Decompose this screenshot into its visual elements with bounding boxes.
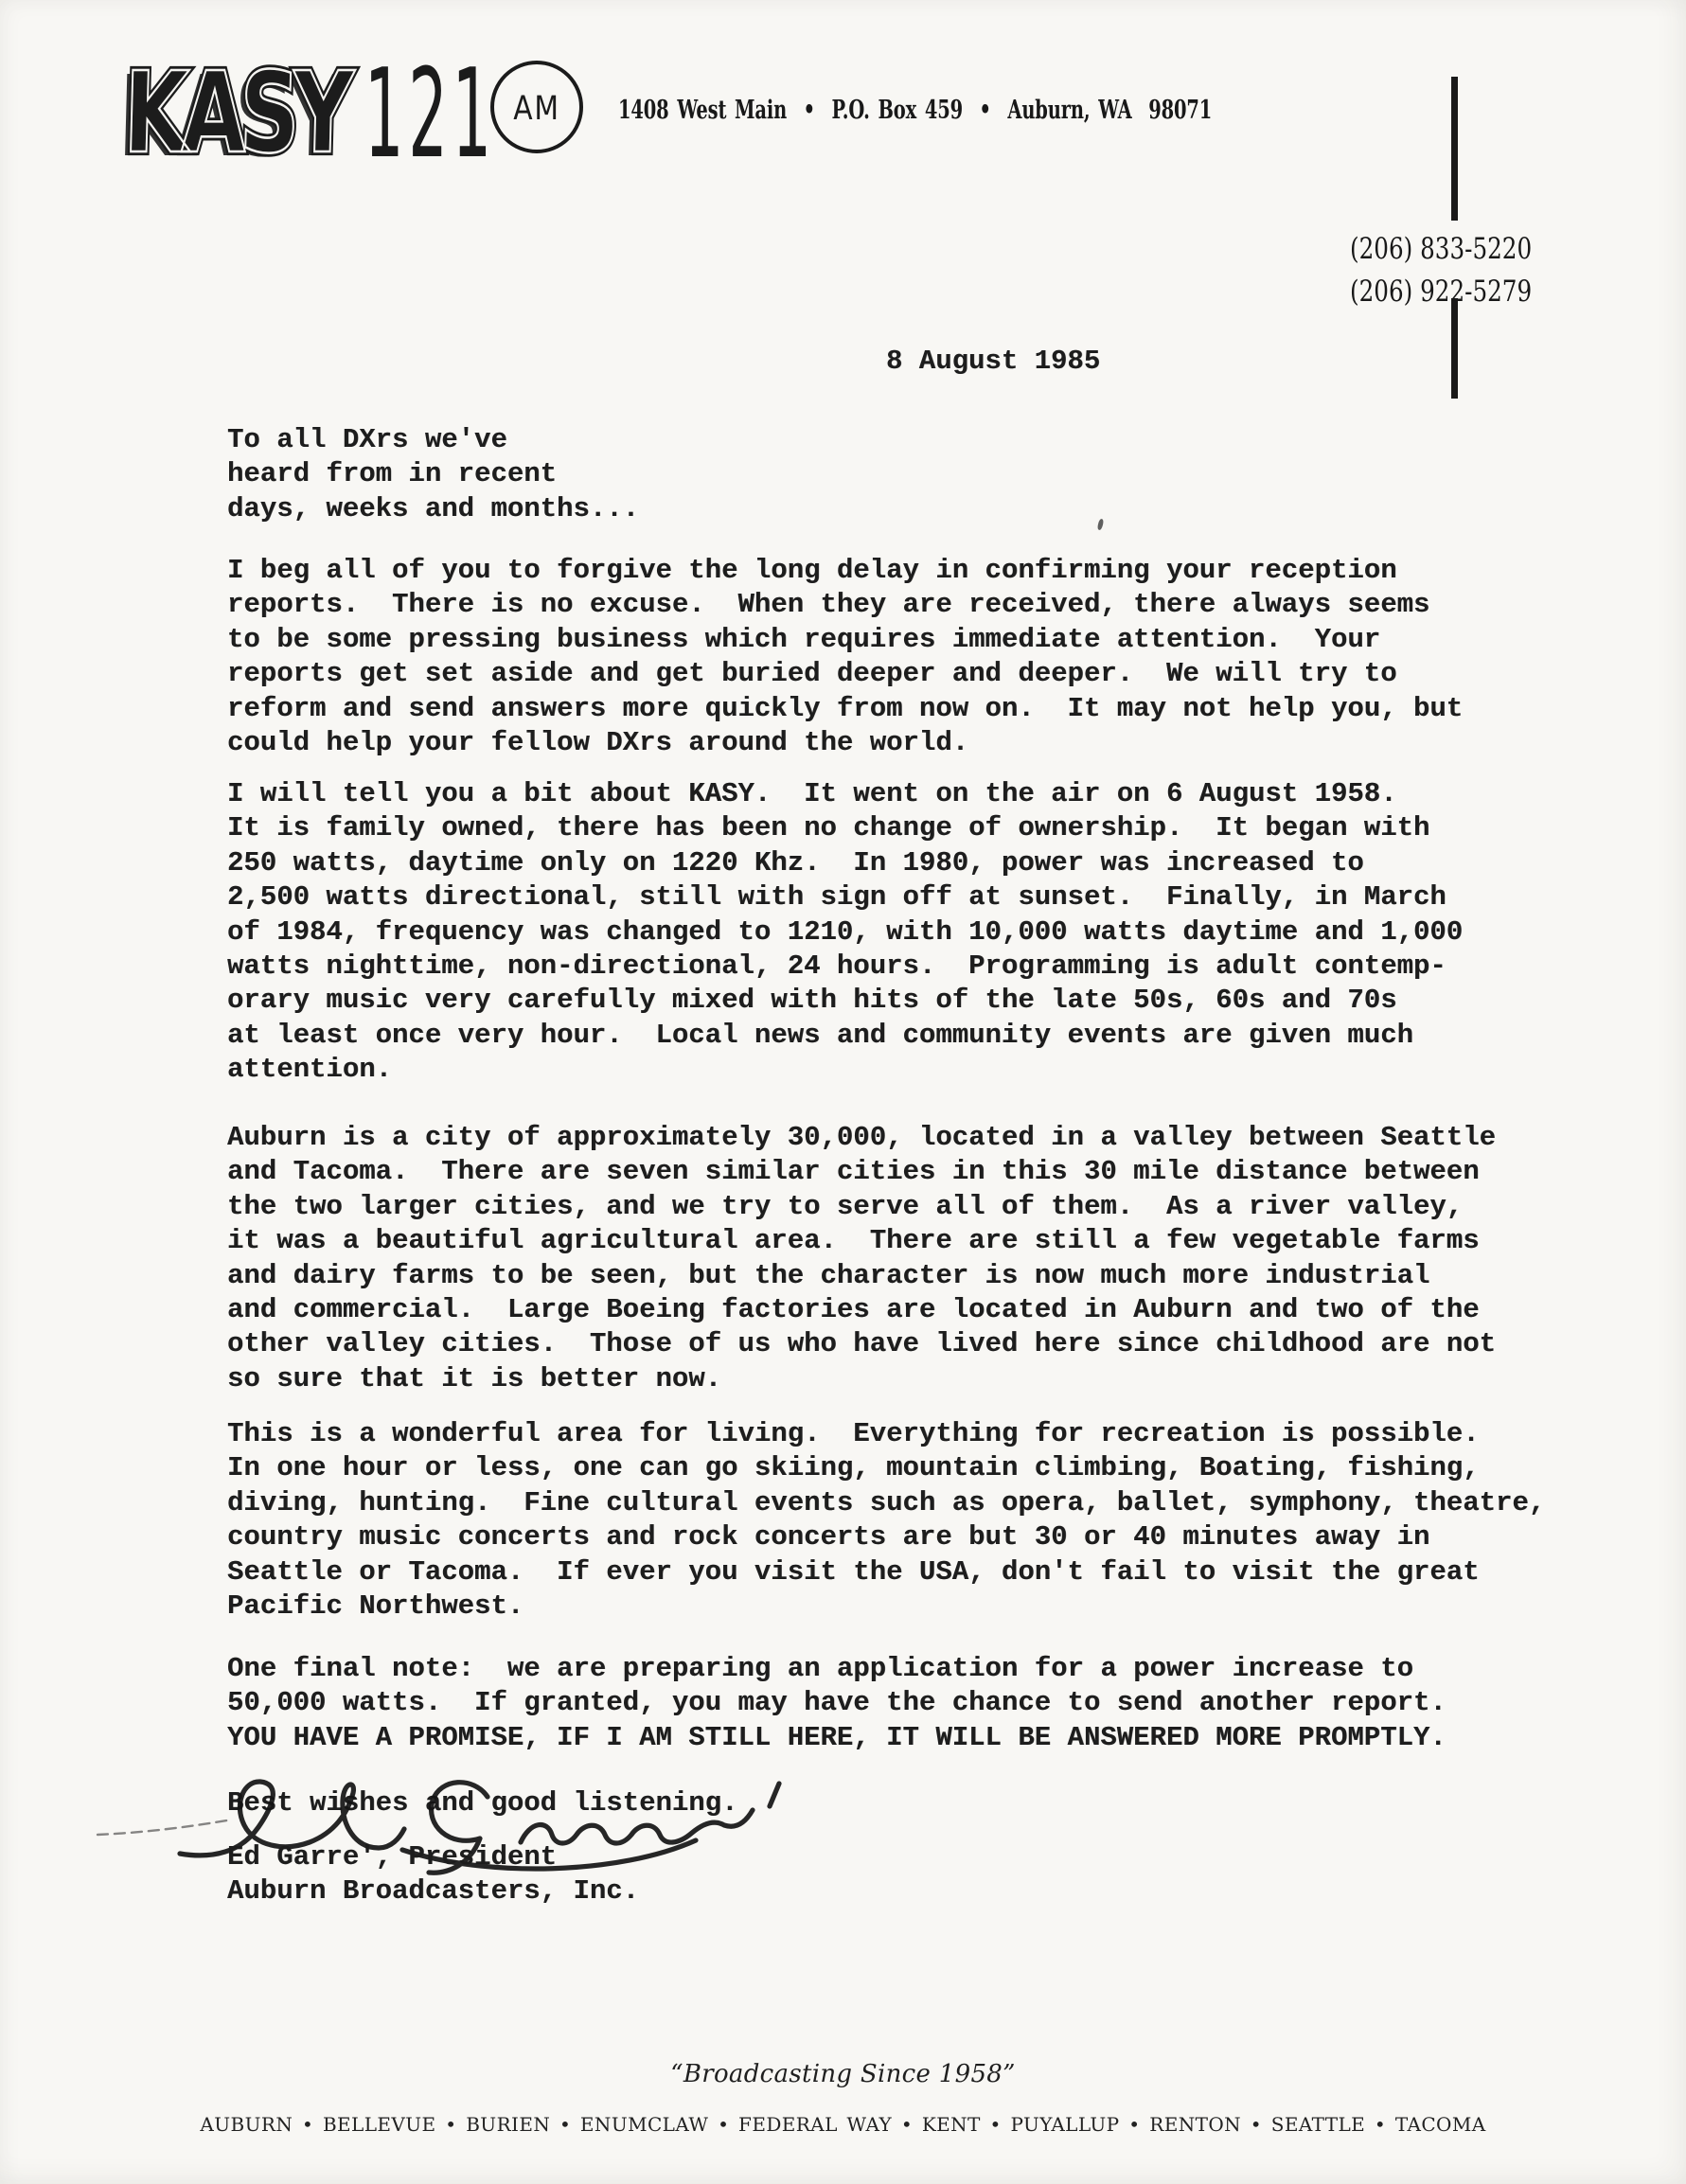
paragraph-4: This is a wonderful area for living. Eve…	[227, 1417, 1545, 1624]
date-line: 8 August 1985	[886, 345, 1100, 379]
signature-flourish	[98, 1820, 232, 1835]
phone-number-1: (206) 833-5220	[1350, 231, 1532, 265]
letterhead-address: 1408 West Main • P.O. Box 459 • Auburn, …	[618, 96, 1212, 125]
letter-page: KASY KASY KASY 121 AM 1408 West Main • P…	[0, 0, 1686, 2184]
scan-artifact	[1097, 519, 1105, 531]
footer-slogan: “Broadcasting Since 1958”	[0, 2060, 1686, 2088]
letterhead-rule-top	[1451, 77, 1458, 221]
frequency-digits: 121	[364, 44, 496, 186]
paragraph-5: One final note: we are preparing an appl…	[227, 1652, 1446, 1755]
paragraph-1: I beg all of you to forgive the long del…	[227, 554, 1463, 760]
salutation: To all DXrs we've heard from in recent d…	[227, 423, 639, 526]
letterhead-rule-bottom	[1451, 298, 1458, 399]
paragraph-3: Auburn is a city of approximately 30,000…	[227, 1121, 1496, 1396]
letterhead-phones: (206) 833-5220(206) 922-5279	[1350, 227, 1532, 312]
station-logo-pinstripe: KASY	[122, 47, 356, 178]
footer-cities: AUBURN • BELLEVUE • BURIEN • ENUMCLAW • …	[0, 2113, 1686, 2136]
paragraph-2: I will tell you a bit about KASY. It wen…	[227, 777, 1463, 1088]
company-line: Auburn Broadcasters, Inc.	[227, 1874, 639, 1909]
phone-number-2: (206) 922-5279	[1350, 275, 1532, 309]
signer-line: Ed Garre', President	[227, 1840, 557, 1874]
am-label: AM	[513, 89, 559, 128]
